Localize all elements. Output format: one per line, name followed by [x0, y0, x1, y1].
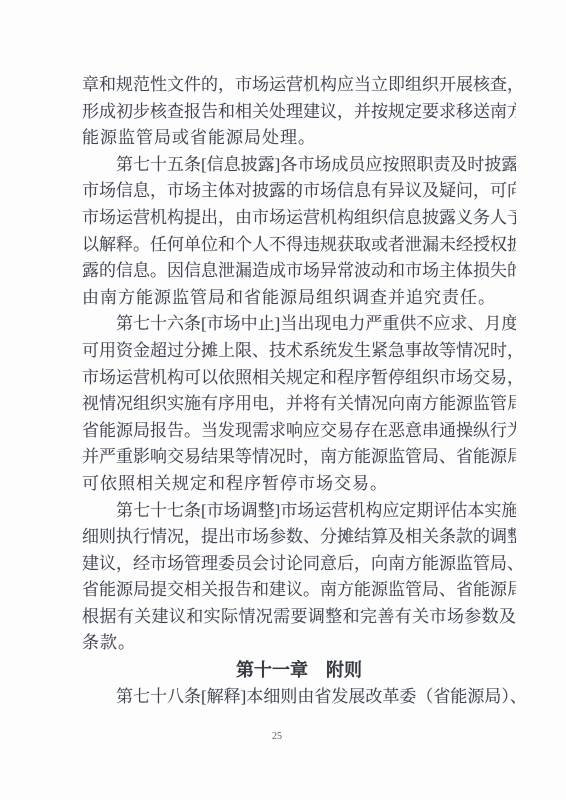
text-line: 章和规范性文件的，市场运营机构应当立即组织开展核查，	[82, 72, 516, 99]
text-line: 可用资金超过分摊上限、技术系统发生紧急事故等情况时，	[82, 338, 516, 365]
article-75-first-line: 第七十五条[信息披露]各市场成员应按照职责及时披露	[82, 152, 516, 179]
text-line: 露的信息。因信息泄漏造成市场异常波动和市场主体损失的，	[82, 258, 516, 285]
text-line: 市场运营机构可以依照相关规定和程序暂停组织市场交易，	[82, 365, 516, 392]
text-line: 根据有关建议和实际情况需要调整和完善有关市场参数及	[82, 604, 516, 631]
text-line: 形成初步核查报告和相关处理建议，并按规定要求移送南方	[82, 99, 516, 126]
text-line: 视情况组织实施有序用电，并将有关情况向南方能源监管局、	[82, 391, 516, 418]
text-line: 细则执行情况，提出市场参数、分摊结算及相关条款的调整	[82, 524, 516, 551]
article-78-first-line: 第七十八条[解释]本细则由省发展改革委（省能源局）、	[82, 684, 516, 711]
text-line: 并严重影响交易结果等情况时，南方能源监管局、省能源局	[82, 444, 516, 471]
page-number: 25	[0, 731, 554, 742]
text-line: 可依照相关规定和程序暂停市场交易。	[82, 471, 516, 498]
text-line: 市场信息，市场主体对披露的市场信息有异议及疑问，可向	[82, 178, 516, 205]
article-76-first-line: 第七十六条[市场中止]当出现电力严重供不应求、月度	[82, 311, 516, 338]
text-line: 由南方能源监管局和省能源局组织调查并追究责任。	[82, 285, 516, 312]
text-line: 以解释。任何单位和个人不得违规获取或者泄漏未经授权披	[82, 232, 516, 259]
text-line: 能源监管局或省能源局处理。	[82, 125, 516, 152]
document-text-block: 章和规范性文件的，市场运营机构应当立即组织开展核查， 形成初步核查报告和相关处理…	[82, 72, 516, 710]
text-line: 市场运营机构提出，由市场运营机构组织信息披露义务人予	[82, 205, 516, 232]
text-line: 省能源局提交相关报告和建议。南方能源监管局、省能源局	[82, 577, 516, 604]
chapter-11-heading: 第十一章 附则	[82, 657, 516, 684]
article-77-first-line: 第七十七条[市场调整]市场运营机构应定期评估本实施	[82, 498, 516, 525]
document-page: 章和规范性文件的，市场运营机构应当立即组织开展核查， 形成初步核查报告和相关处理…	[0, 0, 566, 800]
text-line: 建议，经市场管理委员会讨论同意后，向南方能源监管局、	[82, 551, 516, 578]
text-line: 条款。	[82, 630, 516, 657]
text-line: 省能源局报告。当发现需求响应交易存在恶意串通操纵行为	[82, 418, 516, 445]
